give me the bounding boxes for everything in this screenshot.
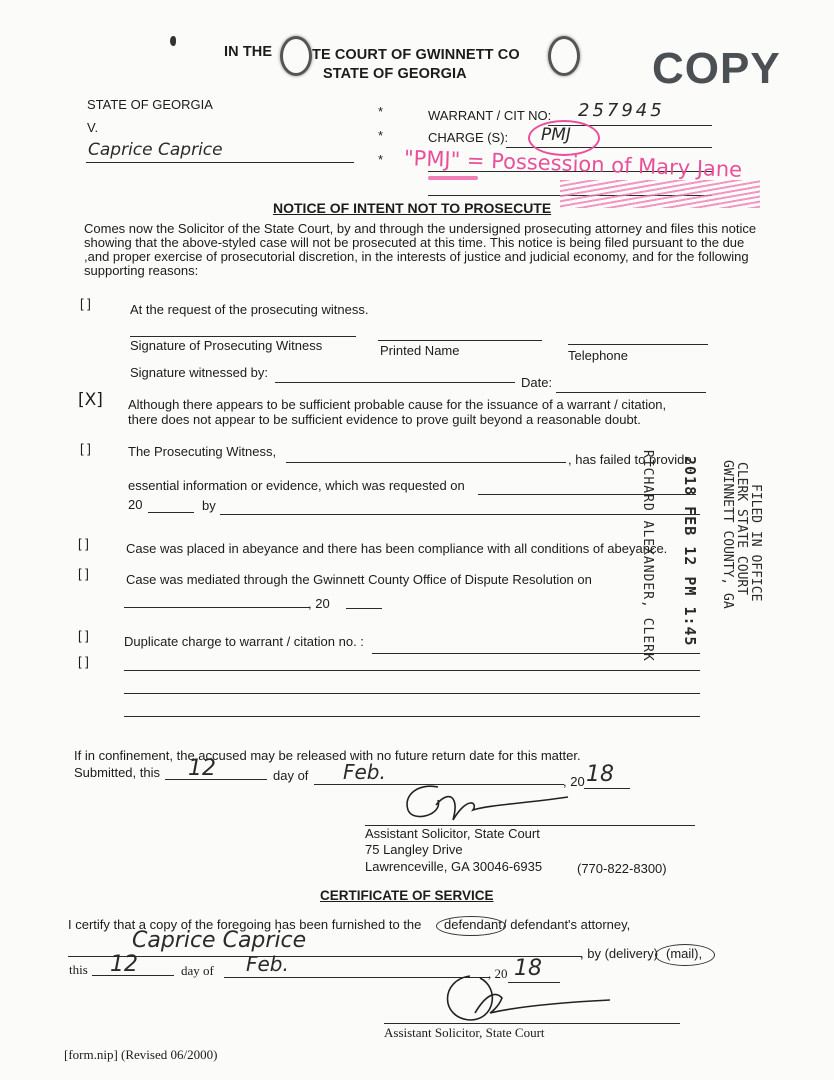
- option-duplicate: Duplicate charge to warrant / citation n…: [124, 634, 364, 649]
- pink-scribble: [560, 180, 760, 208]
- witness-failed-a: The Prosecuting Witness,: [128, 444, 276, 459]
- checkbox-other[interactable]: [ ]: [78, 654, 89, 669]
- submitted-day: 12: [188, 756, 216, 781]
- this-label: this: [69, 962, 88, 978]
- document-title: NOTICE OF INTENT NOT TO PROSECUTE: [273, 200, 551, 216]
- speck: [170, 36, 176, 46]
- address-line1: 75 Langley Drive: [365, 842, 463, 857]
- sig-label: Signature of Prosecuting Witness: [130, 338, 322, 353]
- certificate-signer: Assistant Solicitor, State Court: [384, 1025, 545, 1041]
- witness-failed-b: , has failed to provide: [568, 452, 692, 467]
- printed-name-label: Printed Name: [380, 343, 459, 358]
- signer-title: Assistant Solicitor, State Court: [365, 826, 540, 841]
- date-label: Date:: [521, 375, 552, 390]
- telephone-label: Telephone: [568, 348, 628, 363]
- versus: V.: [87, 120, 98, 135]
- mediated-year: , 20: [308, 596, 330, 611]
- witness-failed-line2: essential information or evidence, which…: [128, 478, 465, 493]
- court-state: STATE OF GEORGIA: [323, 66, 467, 82]
- defendant-circle: [436, 916, 506, 936]
- punch-hole-left: [280, 36, 312, 76]
- by-delivery-label: , by (delivery): [580, 946, 658, 961]
- mail-circle: [655, 944, 715, 966]
- witnessed-by-label: Signature witnessed by:: [130, 365, 268, 380]
- certificate-title: CERTIFICATE OF SERVICE: [320, 888, 494, 903]
- witness-failed-20: 20: [128, 497, 142, 512]
- stamp-clerk: RICHARD ALEXANDER, CLERK: [640, 450, 655, 662]
- checkbox-insufficient-evidence[interactable]: [X]: [78, 390, 103, 410]
- stamp-line1: FILED IN OFFICE: [748, 484, 763, 601]
- separator: *: [378, 104, 383, 119]
- punch-hole-right: [548, 36, 580, 76]
- copy-stamp: COPY: [652, 44, 781, 94]
- court-title-mid: TE COURT OF GWINNETT CO: [312, 47, 520, 63]
- certificate-line1-b: / defendant's attorney,: [503, 917, 630, 932]
- signature-icon: [420, 968, 620, 1028]
- checkbox-abeyance[interactable]: [ ]: [78, 536, 89, 551]
- served-name: Caprice Caprice: [132, 928, 306, 953]
- pink-scribble: [428, 176, 478, 180]
- option-insufficient-line2: there does not appear to be sufficient e…: [128, 412, 641, 427]
- plaintiff: STATE OF GEORGIA: [87, 97, 213, 112]
- checkbox-mediated[interactable]: [ ]: [78, 566, 89, 581]
- submitted-month: Feb.: [343, 760, 386, 784]
- stamp-datetime: 2018 FEB 12 PM 1:45: [681, 456, 699, 647]
- certificate-month: Feb.: [246, 952, 289, 976]
- address-line2: Lawrenceville, GA 30046-6935: [365, 859, 542, 874]
- option-mediated: Case was mediated through the Gwinnett C…: [126, 572, 592, 587]
- warrant-label: WARRANT / CIT NO:: [428, 108, 551, 123]
- option-witness-request: At the request of the prosecuting witnes…: [130, 302, 368, 317]
- certificate-day-of: day of: [181, 963, 214, 979]
- warrant-value: 257945: [578, 100, 665, 121]
- confinement-note: If in confinement, the accused may be re…: [74, 748, 581, 763]
- stamp-line2: CLERK STATE COURT: [734, 462, 749, 595]
- intro-paragraph: Comes now the Solicitor of the State Cou…: [84, 222, 764, 278]
- certificate-day: 12: [110, 952, 138, 977]
- form-id: [form.nip] (Revised 06/2000): [64, 1047, 217, 1063]
- witness-failed-by: by: [202, 498, 216, 513]
- submitted-label: Submitted, this: [74, 765, 160, 780]
- office-phone: (770-822-8300): [577, 861, 667, 876]
- court-title-left: IN THE: [224, 44, 272, 60]
- charge-label: CHARGE (S):: [428, 130, 508, 145]
- checkbox-duplicate[interactable]: [ ]: [78, 628, 89, 643]
- option-insufficient-line1: Although there appears to be sufficient …: [128, 397, 666, 412]
- separator: *: [378, 152, 383, 167]
- separator: *: [378, 128, 383, 143]
- stamp-line3: GWINNETT COUNTY, GA: [720, 460, 735, 609]
- defendant-name: Caprice Caprice: [88, 140, 223, 160]
- signature-icon: [398, 775, 578, 830]
- checkbox-witness-failed[interactable]: [ ]: [80, 441, 91, 456]
- option-abeyance: Case was placed in abeyance and there ha…: [126, 541, 667, 556]
- checkbox-witness-request[interactable]: [ ]: [80, 296, 91, 311]
- day-of-label: day of: [273, 768, 308, 783]
- submitted-year: 18: [586, 762, 614, 787]
